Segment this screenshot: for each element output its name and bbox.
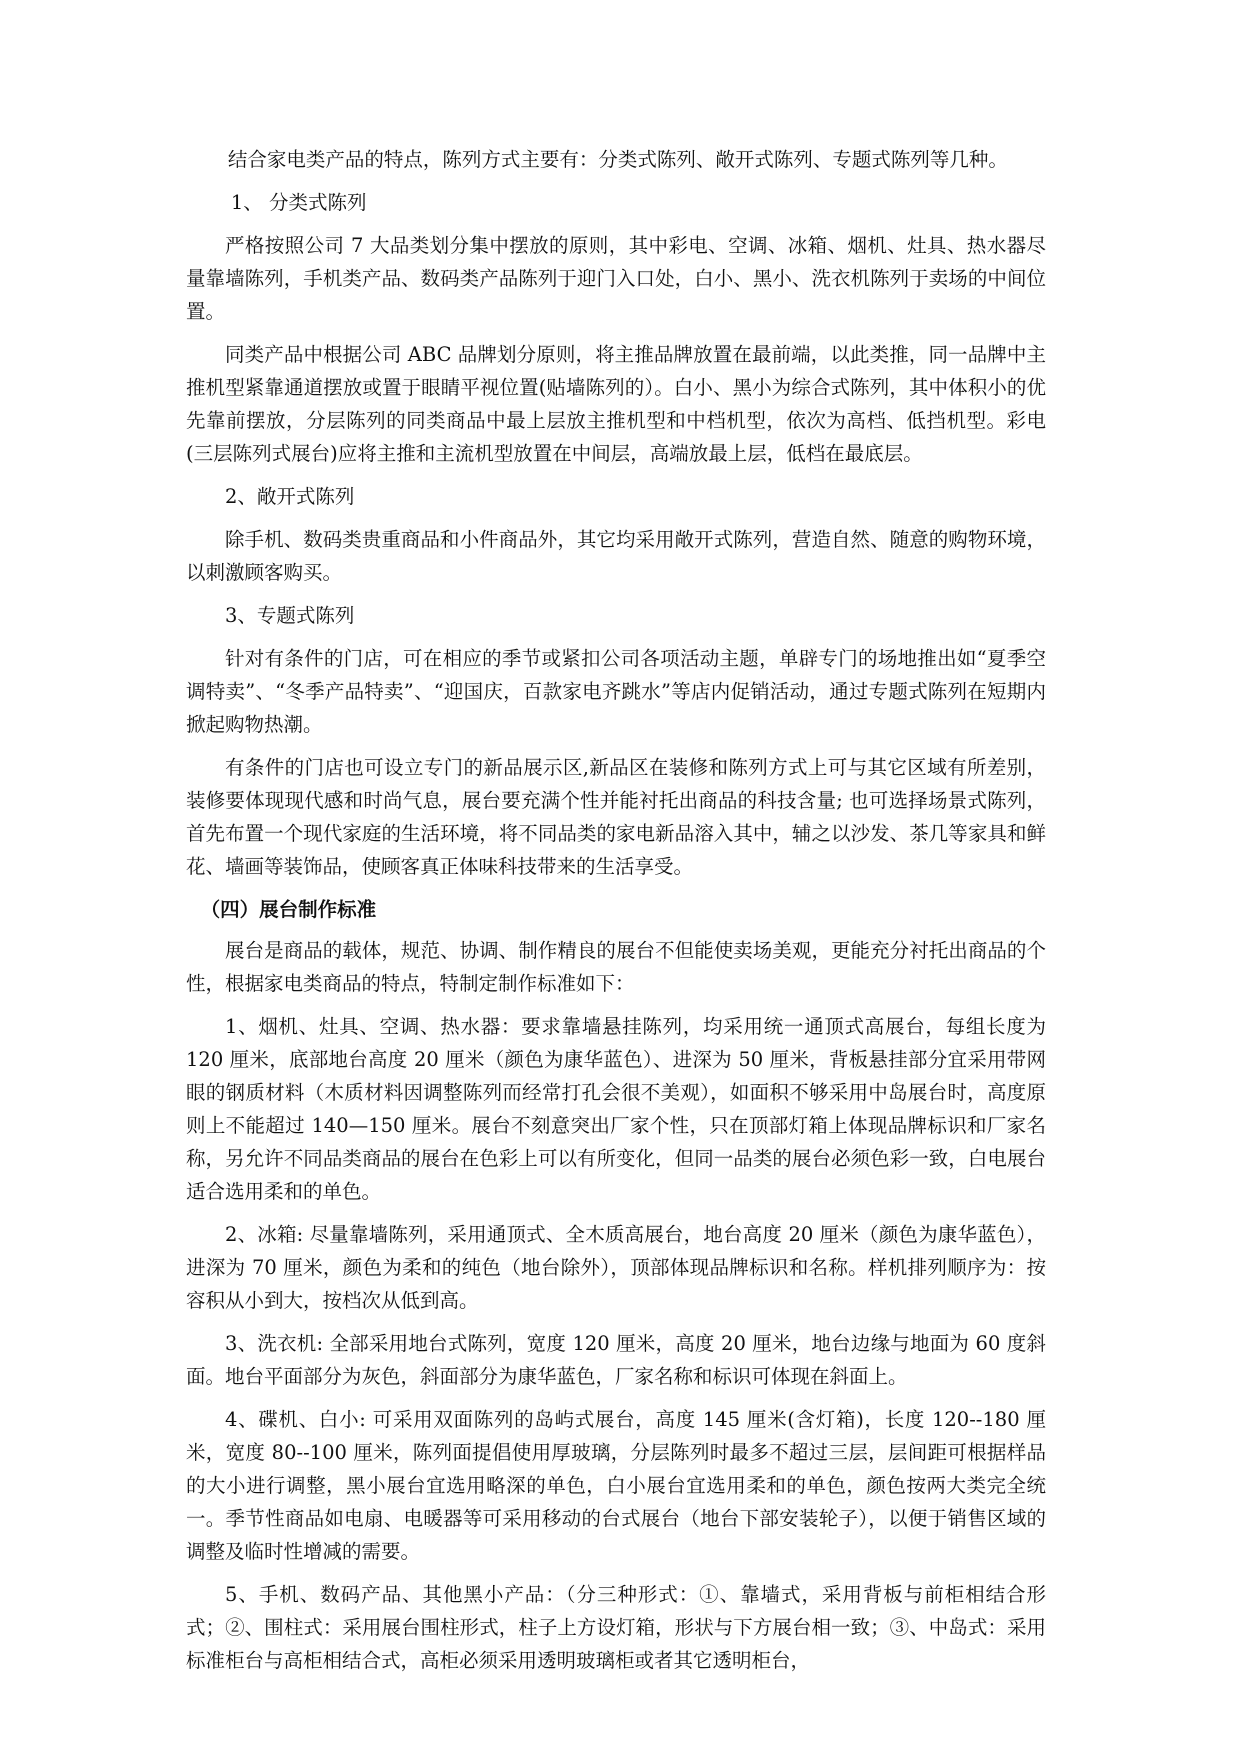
section-intro: 展台是商品的载体，规范、协调、制作精良的展台不但能使卖场美观，更能充分衬托出商品… xyxy=(186,934,1046,1000)
intro-paragraph: 结合家电类产品的特点，陈列方式主要有：分类式陈列、敞开式陈列、专题式陈列等几种。 xyxy=(186,143,1046,176)
spec-item: 4、碟机、白小: 可采用双面陈列的岛屿式展台，高度 145 厘米(含灯箱)，长度… xyxy=(186,1403,1046,1568)
paragraph: 除手机、数码类贵重商品和小件商品外，其它均采用敞开式陈列，营造自然、随意的购物环… xyxy=(186,523,1046,589)
document-page: 结合家电类产品的特点，陈列方式主要有：分类式陈列、敞开式陈列、专题式陈列等几种。… xyxy=(186,143,1046,1687)
method-heading-thematic: 3、专题式陈列 xyxy=(186,599,1046,632)
paragraph: 有条件的门店也可设立专门的新品展示区,新品区在装修和陈列方式上可与其它区域有所差… xyxy=(186,751,1046,883)
spec-item: 3、洗衣机: 全部采用地台式陈列，宽度 120 厘米，高度 20 厘米，地台边缘… xyxy=(186,1327,1046,1393)
spec-item: 5、手机、数码产品、其他黑小产品：（分三种形式：①、靠墙式，采用背板与前柜相结合… xyxy=(186,1578,1046,1677)
section-heading: （四）展台制作标准 xyxy=(186,893,1046,926)
paragraph: 针对有条件的门店，可在相应的季节或紧扣公司各项活动主题，单辟专门的场地推出如“夏… xyxy=(186,642,1046,741)
spec-item: 1、烟机、灶具、空调、热水器：要求靠墙悬挂陈列，均采用统一通顶式高展台，每组长度… xyxy=(186,1010,1046,1208)
paragraph: 严格按照公司 7 大品类划分集中摆放的原则，其中彩电、空调、冰箱、烟机、灶具、热… xyxy=(186,229,1046,328)
method-heading-classified: 1、 分类式陈列 xyxy=(186,186,1046,219)
paragraph: 同类产品中根据公司 ABC 品牌划分原则，将主推品牌放置在最前端，以此类推，同一… xyxy=(186,338,1046,470)
spec-item: 2、冰箱: 尽量靠墙陈列，采用通顶式、全木质高展台，地台高度 20 厘米（颜色为… xyxy=(186,1218,1046,1317)
method-heading-open: 2、敞开式陈列 xyxy=(186,480,1046,513)
